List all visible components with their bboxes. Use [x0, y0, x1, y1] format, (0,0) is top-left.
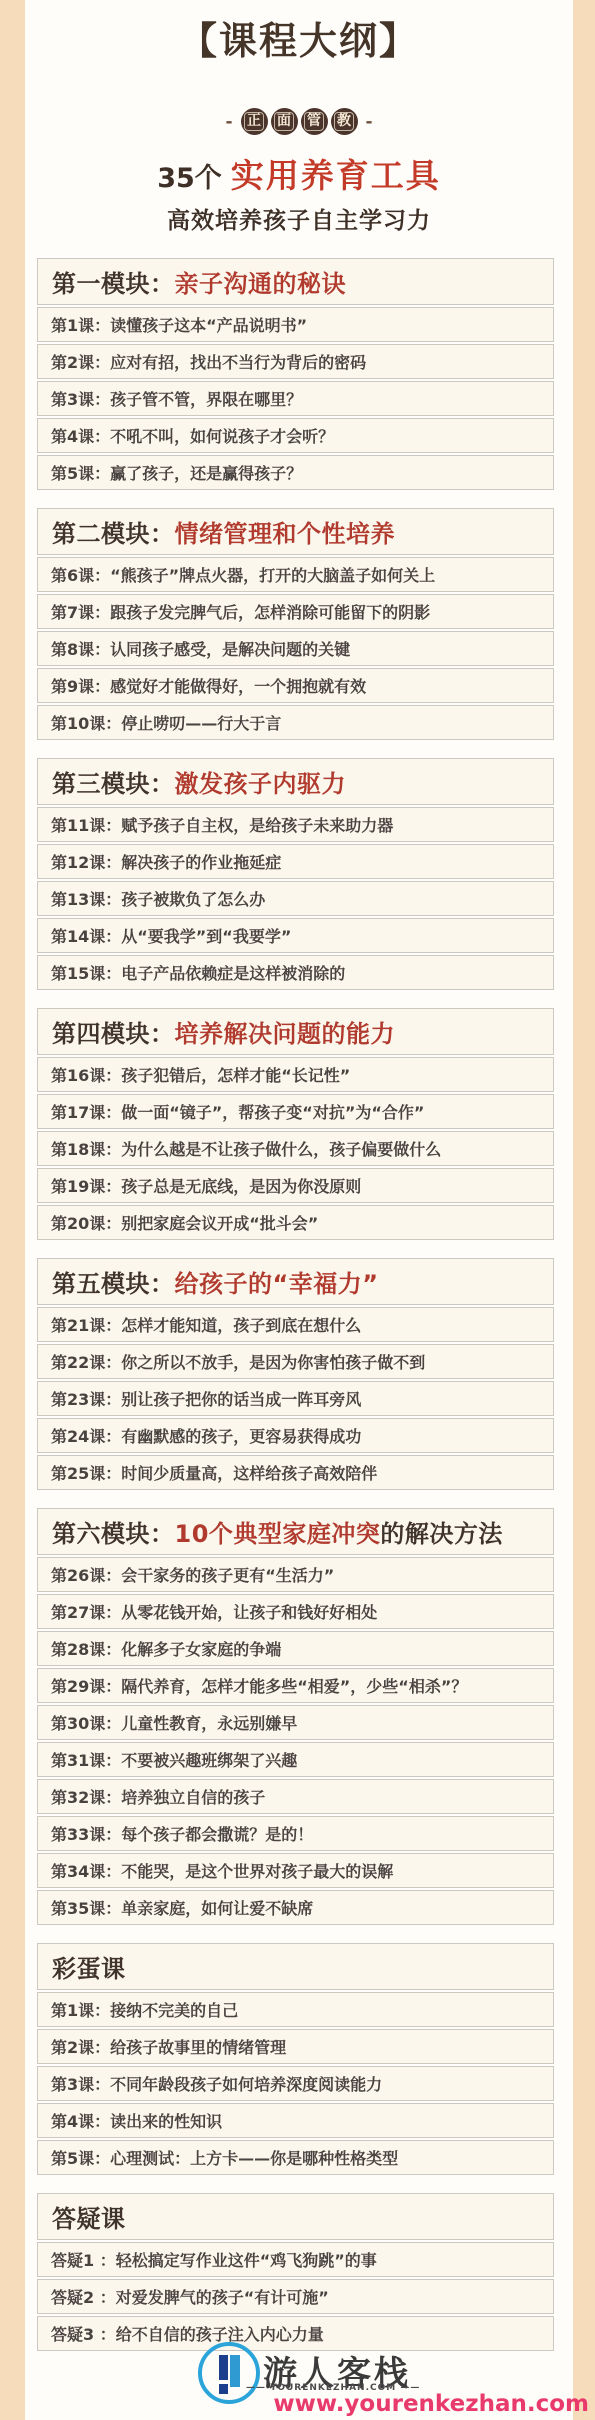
course-row: 第25课：时间少质量高，这样给孩子高效陪伴: [37, 1455, 554, 1490]
course-row: 第5课：心理测试：上方卡——你是哪种性格类型: [37, 2140, 554, 2175]
course-row: 第10课：停止唠叨——行大于言: [37, 705, 554, 740]
course-row: 第3课：孩子管不管，界限在哪里？: [37, 381, 554, 416]
module-title-part: 的解决方法: [380, 1514, 503, 1549]
course-outline-page: { "header": { "title": "【课程大纲】", "badge"…: [0, 0, 595, 2420]
course-row: 第32课：培养独立自信的孩子: [37, 1779, 554, 1814]
course-row: 第21课：怎样才能知道，孩子到底在想什么: [37, 1307, 554, 1342]
course-row: 第15课：电子产品依赖症是这样被消除的: [37, 955, 554, 990]
module-title-part: 第五模块：: [52, 1264, 175, 1299]
module-header: 第六模块：10个典型家庭冲突的解决方法: [37, 1508, 554, 1555]
course-row: 第31课：不要被兴趣班绑架了兴趣: [37, 1742, 554, 1777]
course-row: 第28课：化解多子女家庭的争端: [37, 1631, 554, 1666]
module-title-part: 情绪管理和个性培养: [175, 514, 396, 549]
course-row: 第17课：做一面“镜子”，帮孩子变“对抗”为“合作”: [37, 1094, 554, 1129]
course-row: 第19课：孩子总是无底线，是因为你没原则: [37, 1168, 554, 1203]
content-panel: 【课程大纲】 - 正 面 管 教 - 35个 实用养育工具 高效培养孩子自主学习…: [25, 0, 573, 2420]
module-rows: 第11课：赋予孩子自主权，是给孩子未来助力器 第12课：解决孩子的作业拖延症 第…: [37, 807, 554, 990]
module-title-part: 亲子沟通的秘诀: [175, 264, 347, 299]
watermark-logo-icon: [198, 2342, 260, 2404]
logo-bar-light: [230, 2355, 240, 2387]
course-row: 第22课：你之所以不放手，是因为你害怕孩子做不到: [37, 1344, 554, 1379]
hero-header: 【课程大纲】 - 正 面 管 教 - 35个 实用养育工具 高效培养孩子自主学习…: [25, 0, 573, 235]
course-row: 第4课：不吼不叫，如何说孩子才会听？: [37, 418, 554, 453]
module-title-part: 第一模块：: [52, 264, 175, 299]
course-row: 第23课：别让孩子把你的话当成一阵耳旁风: [37, 1381, 554, 1416]
module-title-part: 10个典型家庭冲突: [175, 1514, 381, 1549]
badge-right-dash: -: [366, 112, 373, 132]
module-title-part: 彩蛋课: [52, 1949, 126, 1984]
module-title-part: 答疑课: [52, 2199, 126, 2234]
module-rows: 第1课：接纳不完美的自己 第2课：给孩子故事里的情绪管理 第3课：不同年龄段孩子…: [37, 1992, 554, 2175]
course-row: 第14课：从“要我学”到“我要学”: [37, 918, 554, 953]
module-rows: 第26课：会干家务的孩子更有“生活力” 第27课：从零花钱开始，让孩子和钱好好相…: [37, 1557, 554, 1925]
module-title-part: 第六模块：: [52, 1514, 175, 1549]
module-section: 彩蛋课 第1课：接纳不完美的自己 第2课：给孩子故事里的情绪管理 第3课：不同年…: [37, 1943, 554, 2175]
module-title-part: 给孩子的“幸福力”: [175, 1264, 379, 1299]
module-section: 第四模块：培养解决问题的能力 第16课：孩子犯错后，怎样才能“长记性” 第17课…: [37, 1008, 554, 1240]
course-row: 第26课：会干家务的孩子更有“生活力”: [37, 1557, 554, 1592]
module-title-part: 第三模块：: [52, 764, 175, 799]
course-row: 第24课：有幽默感的孩子，更容易获得成功: [37, 1418, 554, 1453]
course-row: 第7课：跟孩子发完脾气后，怎样消除可能留下的阴影: [37, 594, 554, 629]
badge-circle-icon: 面: [271, 108, 298, 135]
positive-discipline-badge: - 正 面 管 教 -: [25, 108, 573, 135]
module-header: 第四模块：培养解决问题的能力: [37, 1008, 554, 1055]
module-section: 第五模块：给孩子的“幸福力” 第21课：怎样才能知道，孩子到底在想什么 第22课…: [37, 1258, 554, 1490]
module-title-part: 第四模块：: [52, 1014, 175, 1049]
badge-circle-icon: 正: [241, 108, 268, 135]
watermark-url: www.yourenkezhan.com: [273, 2391, 589, 2417]
course-row: 第20课：别把家庭会议开成“批斗会”: [37, 1205, 554, 1240]
course-row: 第3课：不同年龄段孩子如何培养深度阅读能力: [37, 2066, 554, 2101]
course-row: 第2课：给孩子故事里的情绪管理: [37, 2029, 554, 2064]
headline-count: 35个: [157, 156, 222, 195]
module-header: 答疑课: [37, 2193, 554, 2240]
badge-char: 教: [334, 112, 354, 130]
module-title-part: 激发孩子内驱力: [175, 764, 347, 799]
course-row: 第1课：读懂孩子这本“产品说明书”: [37, 307, 554, 342]
module-section: 第三模块：激发孩子内驱力 第11课：赋予孩子自主权，是给孩子未来助力器 第12课…: [37, 758, 554, 990]
course-row: 第18课：为什么越是不让孩子做什么，孩子偏要做什么: [37, 1131, 554, 1166]
course-row: 答疑2 ：对爱发脾气的孩子“有计可施”: [37, 2279, 554, 2314]
module-title-part: 第二模块：: [52, 514, 175, 549]
course-row: 第30课：儿童性教育，永远别嫌早: [37, 1705, 554, 1740]
module-rows: 第1课：读懂孩子这本“产品说明书” 第2课：应对有招，找出不当行为背后的密码 第…: [37, 307, 554, 490]
module-section: 答疑课 答疑1 ：轻松搞定写作业这件“鸡飞狗跳”的事 答疑2 ：对爱发脾气的孩子…: [37, 2193, 554, 2351]
module-header: 彩蛋课: [37, 1943, 554, 1990]
logo-dot: [219, 2384, 228, 2394]
course-row: 第33课：每个孩子都会撒谎？是的！: [37, 1816, 554, 1851]
logo-bar-dark: [219, 2355, 228, 2380]
course-row: 第27课：从零花钱开始，让孩子和钱好好相处: [37, 1594, 554, 1629]
course-row: 答疑1 ：轻松搞定写作业这件“鸡飞狗跳”的事: [37, 2242, 554, 2277]
course-row: 第16课：孩子犯错后，怎样才能“长记性”: [37, 1057, 554, 1092]
module-rows: 第6课：“熊孩子”牌点火器，打开的大脑盖子如何关上 第7课：跟孩子发完脾气后，怎…: [37, 557, 554, 740]
course-row: 第11课：赋予孩子自主权，是给孩子未来助力器: [37, 807, 554, 842]
module-section: 第二模块：情绪管理和个性培养 第6课：“熊孩子”牌点火器，打开的大脑盖子如何关上…: [37, 508, 554, 740]
hero-subtitle: 高效培养孩子自主学习力: [25, 202, 573, 235]
course-row: 第2课：应对有招，找出不当行为背后的密码: [37, 344, 554, 379]
badge-circle-icon: 管: [301, 108, 328, 135]
module-rows: 第16课：孩子犯错后，怎样才能“长记性” 第17课：做一面“镜子”，帮孩子变“对…: [37, 1057, 554, 1240]
course-row: 第9课：感觉好才能做得好，一个拥抱就有效: [37, 668, 554, 703]
module-header: 第三模块：激发孩子内驱力: [37, 758, 554, 805]
module-rows: 第21课：怎样才能知道，孩子到底在想什么 第22课：你之所以不放手，是因为你害怕…: [37, 1307, 554, 1490]
course-row: 第29课：隔代养育，怎样才能多些“相爱”，少些“相杀”？: [37, 1668, 554, 1703]
course-row: 第1课：接纳不完美的自己: [37, 1992, 554, 2027]
course-row: 第8课：认同孩子感受，是解决问题的关键: [37, 631, 554, 666]
module-header: 第二模块：情绪管理和个性培养: [37, 508, 554, 555]
course-row: 第5课：赢了孩子，还是赢得孩子？: [37, 455, 554, 490]
badge-char: 管: [304, 112, 324, 130]
module-title-part: 培养解决问题的能力: [175, 1014, 396, 1049]
module-header: 第五模块：给孩子的“幸福力”: [37, 1258, 554, 1305]
course-row: 第34课：不能哭，是这个世界对孩子最大的误解: [37, 1853, 554, 1888]
module-rows: 答疑1 ：轻松搞定写作业这件“鸡飞狗跳”的事 答疑2 ：对爱发脾气的孩子“有计可…: [37, 2242, 554, 2351]
course-row: 第12课：解决孩子的作业拖延症: [37, 844, 554, 879]
course-row: 第4课：读出来的性知识: [37, 2103, 554, 2138]
badge-left-dash: -: [225, 112, 232, 132]
module-section: 第一模块：亲子沟通的秘诀 第1课：读懂孩子这本“产品说明书” 第2课：应对有招，…: [37, 258, 554, 490]
page-title: 【课程大纲】: [25, 18, 573, 64]
badge-circle-icon: 教: [331, 108, 358, 135]
badge-char: 正: [244, 112, 264, 130]
headline: 35个 实用养育工具: [25, 150, 573, 197]
modules: 第一模块：亲子沟通的秘诀 第1课：读懂孩子这本“产品说明书” 第2课：应对有招，…: [37, 258, 554, 2369]
headline-main: 实用养育工具: [231, 150, 441, 197]
badge-char: 面: [274, 112, 294, 130]
course-row: 第13课：孩子被欺负了怎么办: [37, 881, 554, 916]
course-row: 第35课：单亲家庭，如何让爱不缺席: [37, 1890, 554, 1925]
course-row: 第6课：“熊孩子”牌点火器，打开的大脑盖子如何关上: [37, 557, 554, 592]
module-header: 第一模块：亲子沟通的秘诀: [37, 258, 554, 305]
module-section: 第六模块：10个典型家庭冲突的解决方法 第26课：会干家务的孩子更有“生活力” …: [37, 1508, 554, 1925]
